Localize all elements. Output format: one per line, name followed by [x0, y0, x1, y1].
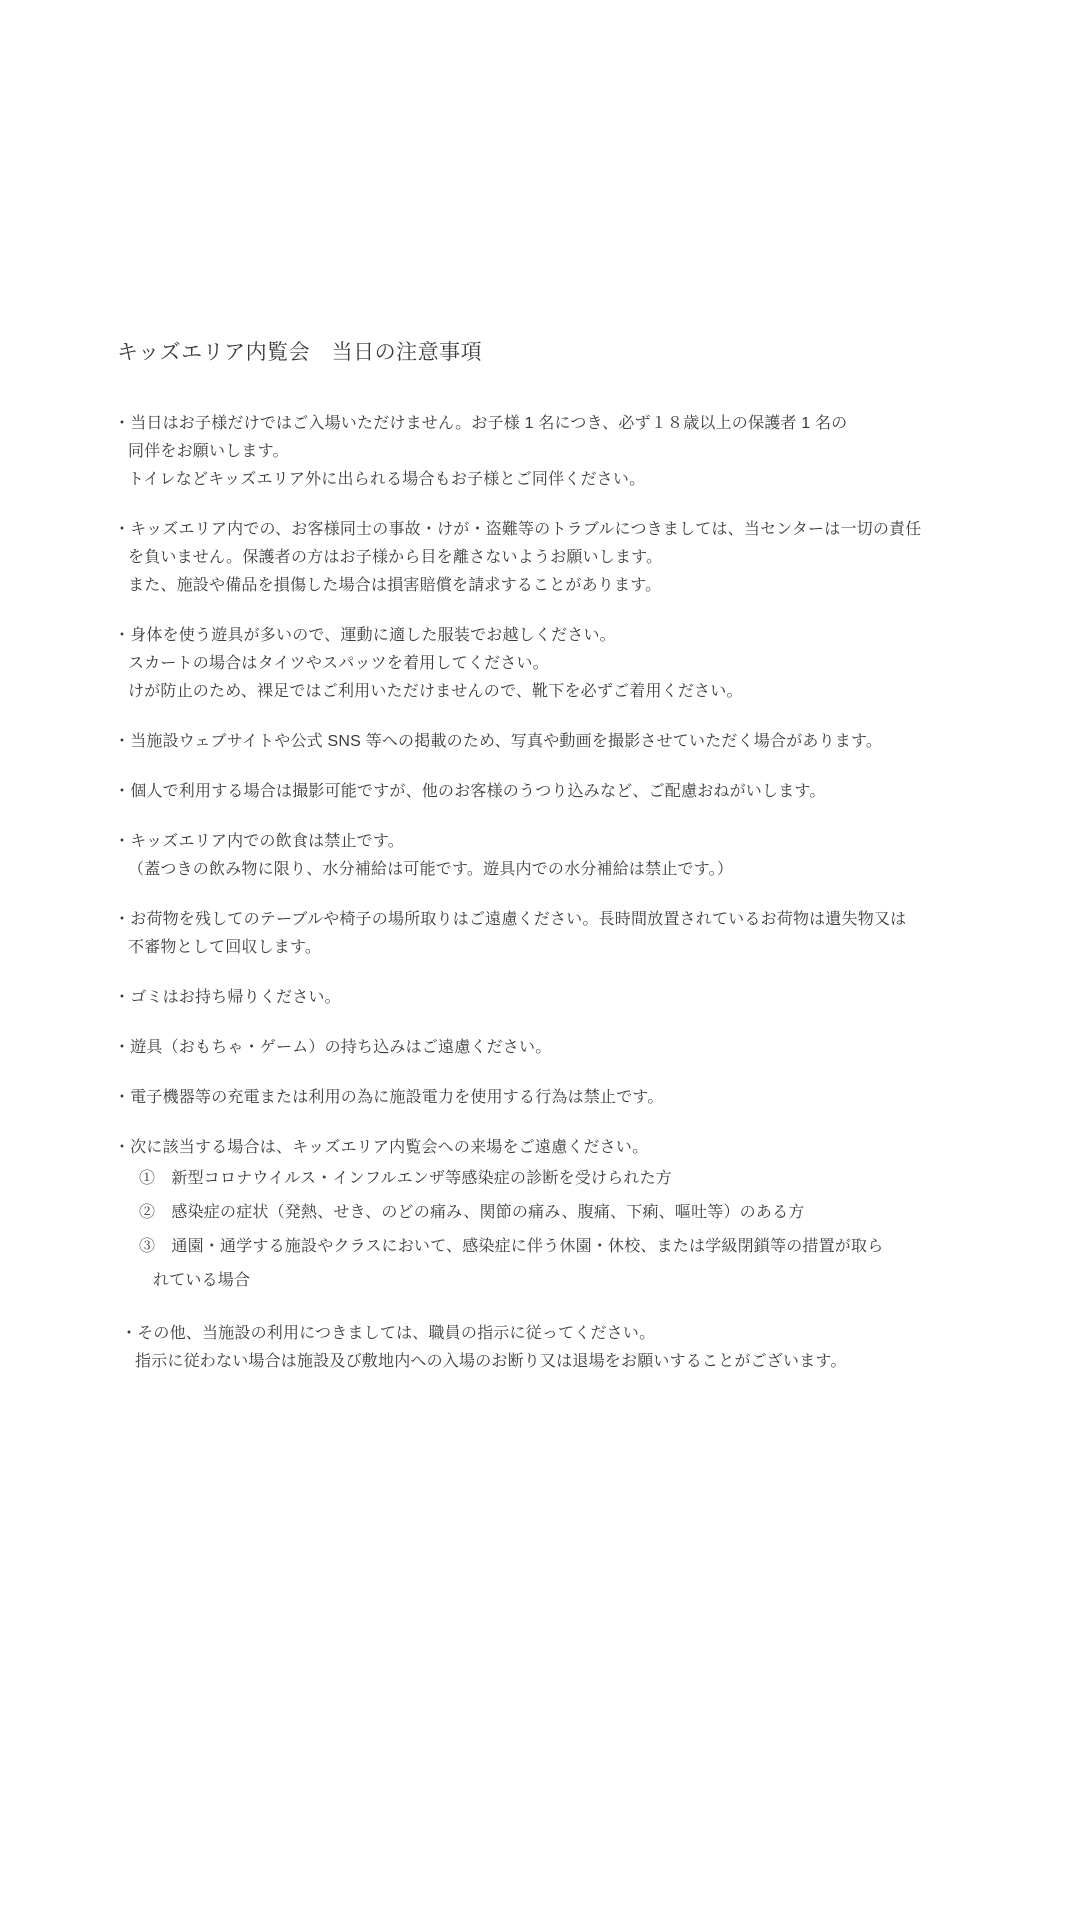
text-line: れている場合 [153, 1264, 1024, 1298]
text-line: ・当施設ウェブサイトや公式 SNS 等への掲載のため、写真や動画を撮影させていた… [114, 728, 1024, 756]
text-line: ・電子機器等の充電または利用の為に施設電力を使用する行為は禁止です。 [114, 1084, 1024, 1112]
paragraph: ・遊具（おもちゃ・ゲーム）の持ち込みはご遠慮ください。 [114, 1034, 1024, 1062]
paragraph: ・電子機器等の充電または利用の為に施設電力を使用する行為は禁止です。 [114, 1084, 1024, 1112]
document-page: { "page": { "background": "#ffffff", "te… [0, 0, 1080, 1920]
text-line: スカートの場合はタイツやスパッツを着用してください。 [128, 650, 1024, 678]
text-line: 同伴をお願いします。 [128, 438, 1024, 466]
paragraph: ・当日はお子様だけではご入場いただけません。お子様 1 名につき、必ず１８歳以上… [114, 410, 1024, 494]
text-line: ・遊具（おもちゃ・ゲーム）の持ち込みはご遠慮ください。 [114, 1034, 1024, 1062]
paragraph: ・お荷物を残してのテーブルや椅子の場所取りはご遠慮ください。長時間放置されている… [114, 906, 1024, 962]
text-line: 指示に従わない場合は施設及び敷地内への入場のお断り又は退場をお願いすることがござ… [135, 1348, 1024, 1376]
text-line: また、施設や備品を損傷した場合は損害賠償を請求することがあります。 [128, 572, 1024, 600]
page-title: キッズエリア内覧会 当日の注意事項 [117, 338, 1024, 368]
text-line: を負いません。保護者の方はお子様から目を離さないようお願いします。 [128, 544, 1024, 572]
paragraph: ・ゴミはお持ち帰りください。 [114, 984, 1024, 1012]
text-line: トイレなどキッズエリア外に出られる場合もお子様とご同伴ください。 [128, 466, 1024, 494]
text-line: ・キッズエリア内での飲食は禁止です。 [114, 828, 1024, 856]
text-line: ③ 通園・通学する施設やクラスにおいて、感染症に伴う休園・休校、または学級閉鎖等… [139, 1230, 1024, 1264]
text-line: ② 感染症の症状（発熱、せき、のどの痛み、関節の痛み、腹痛、下痢、嘔吐等）のある… [139, 1196, 1024, 1230]
text-line: ・当日はお子様だけではご入場いただけません。お子様 1 名につき、必ず１８歳以上… [114, 410, 1024, 438]
paragraph: ・その他、当施設の利用につきましては、職員の指示に従ってください。指示に従わない… [114, 1320, 1024, 1376]
text-line: ・ゴミはお持ち帰りください。 [114, 984, 1024, 1012]
paragraph: ・当施設ウェブサイトや公式 SNS 等への掲載のため、写真や動画を撮影させていた… [114, 728, 1024, 756]
paragraph: ・次に該当する場合は、キッズエリア内覧会への来場をご遠慮ください。① 新型コロナ… [114, 1134, 1024, 1298]
paragraph-list: ・当日はお子様だけではご入場いただけません。お子様 1 名につき、必ず１８歳以上… [114, 410, 1024, 1376]
text-line: ・次に該当する場合は、キッズエリア内覧会への来場をご遠慮ください。 [114, 1134, 1024, 1162]
text-line: ・身体を使う遊具が多いので、運動に適した服装でお越しください。 [114, 622, 1024, 650]
text-line: ・お荷物を残してのテーブルや椅子の場所取りはご遠慮ください。長時間放置されている… [114, 906, 1024, 934]
text-line: ・その他、当施設の利用につきましては、職員の指示に従ってください。 [121, 1320, 1024, 1348]
text-line: ・個人で利用する場合は撮影可能ですが、他のお客様のうつり込みなど、ご配慮おねがい… [114, 778, 1024, 806]
text-line: （蓋つきの飲み物に限り、水分補給は可能です。遊具内での水分補給は禁止です。） [128, 856, 1024, 884]
paragraph: ・身体を使う遊具が多いので、運動に適した服装でお越しください。スカートの場合はタ… [114, 622, 1024, 706]
text-line: ① 新型コロナウイルス・インフルエンザ等感染症の診断を受けられた方 [139, 1162, 1024, 1196]
paragraph: ・キッズエリア内での、お客様同士の事故・けが・盗難等のトラブルにつきましては、当… [114, 516, 1024, 600]
paragraph: ・個人で利用する場合は撮影可能ですが、他のお客様のうつり込みなど、ご配慮おねがい… [114, 778, 1024, 806]
text-line: ・キッズエリア内での、お客様同士の事故・けが・盗難等のトラブルにつきましては、当… [114, 516, 1024, 544]
text-line: 不審物として回収します。 [128, 934, 1024, 962]
text-line: けが防止のため、裸足ではご利用いただけませんので、靴下を必ずご着用ください。 [128, 678, 1024, 706]
paragraph: ・キッズエリア内での飲食は禁止です。（蓋つきの飲み物に限り、水分補給は可能です。… [114, 828, 1024, 884]
notice-document: キッズエリア内覧会 当日の注意事項 ・当日はお子様だけではご入場いただけません。… [114, 338, 1024, 1398]
